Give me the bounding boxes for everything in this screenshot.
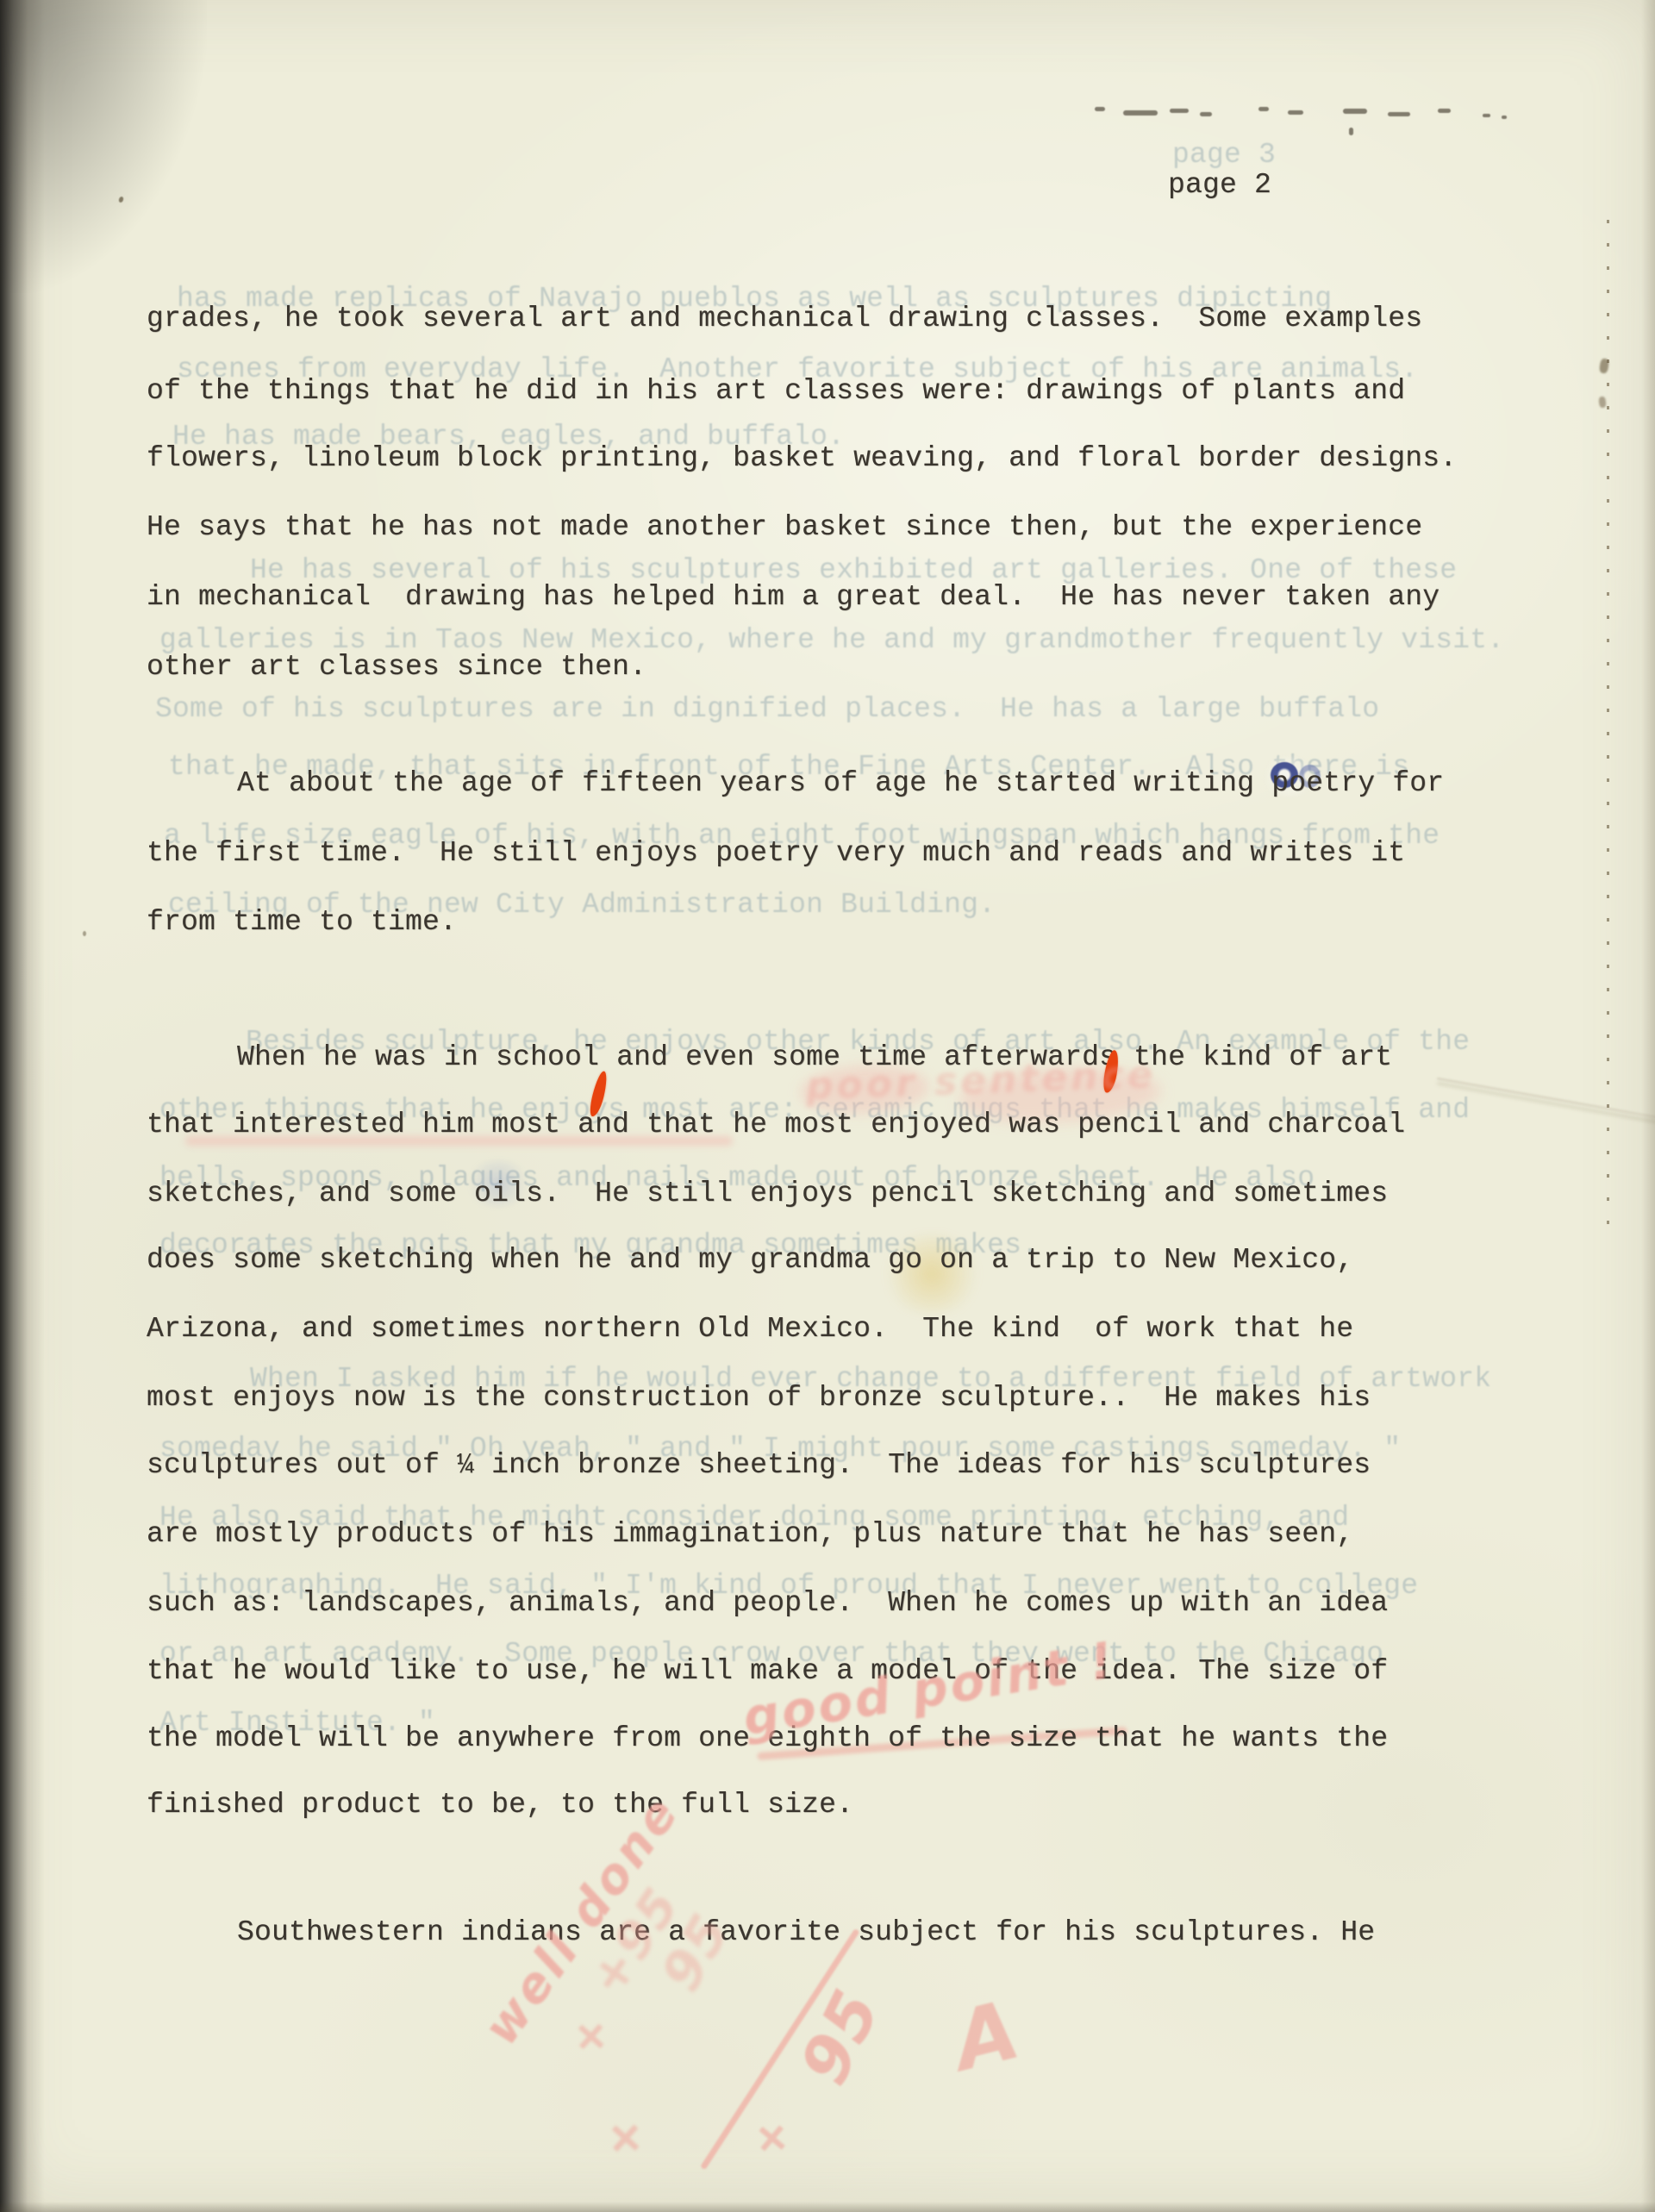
scanned-page: has made replicas of Navajo pueblos as w… <box>0 0 1655 2212</box>
note-plus-2: + <box>589 2102 660 2172</box>
note-good-point: good point ! <box>739 1630 1119 1746</box>
grader-notes-layer: poor sentencegood point !well done+9595+… <box>0 0 1655 2212</box>
note-plus-1: + <box>557 2003 623 2069</box>
note-grade-A: A <box>945 1984 1028 2090</box>
scan-corner-shadow <box>0 0 207 293</box>
scan-speck-line <box>1607 220 1609 1237</box>
note-95-strong: 95 <box>785 1978 896 2096</box>
scan-edge-right-shadow <box>1641 0 1655 2212</box>
red-comma-1 <box>588 1070 610 1118</box>
scan-edge-left-shadow <box>0 0 45 2212</box>
scan-edge-bottom-shadow <box>0 2202 1655 2212</box>
note-plus-3: + <box>738 2105 804 2170</box>
note-poor-sentence: poor sentence <box>805 1053 1157 1109</box>
